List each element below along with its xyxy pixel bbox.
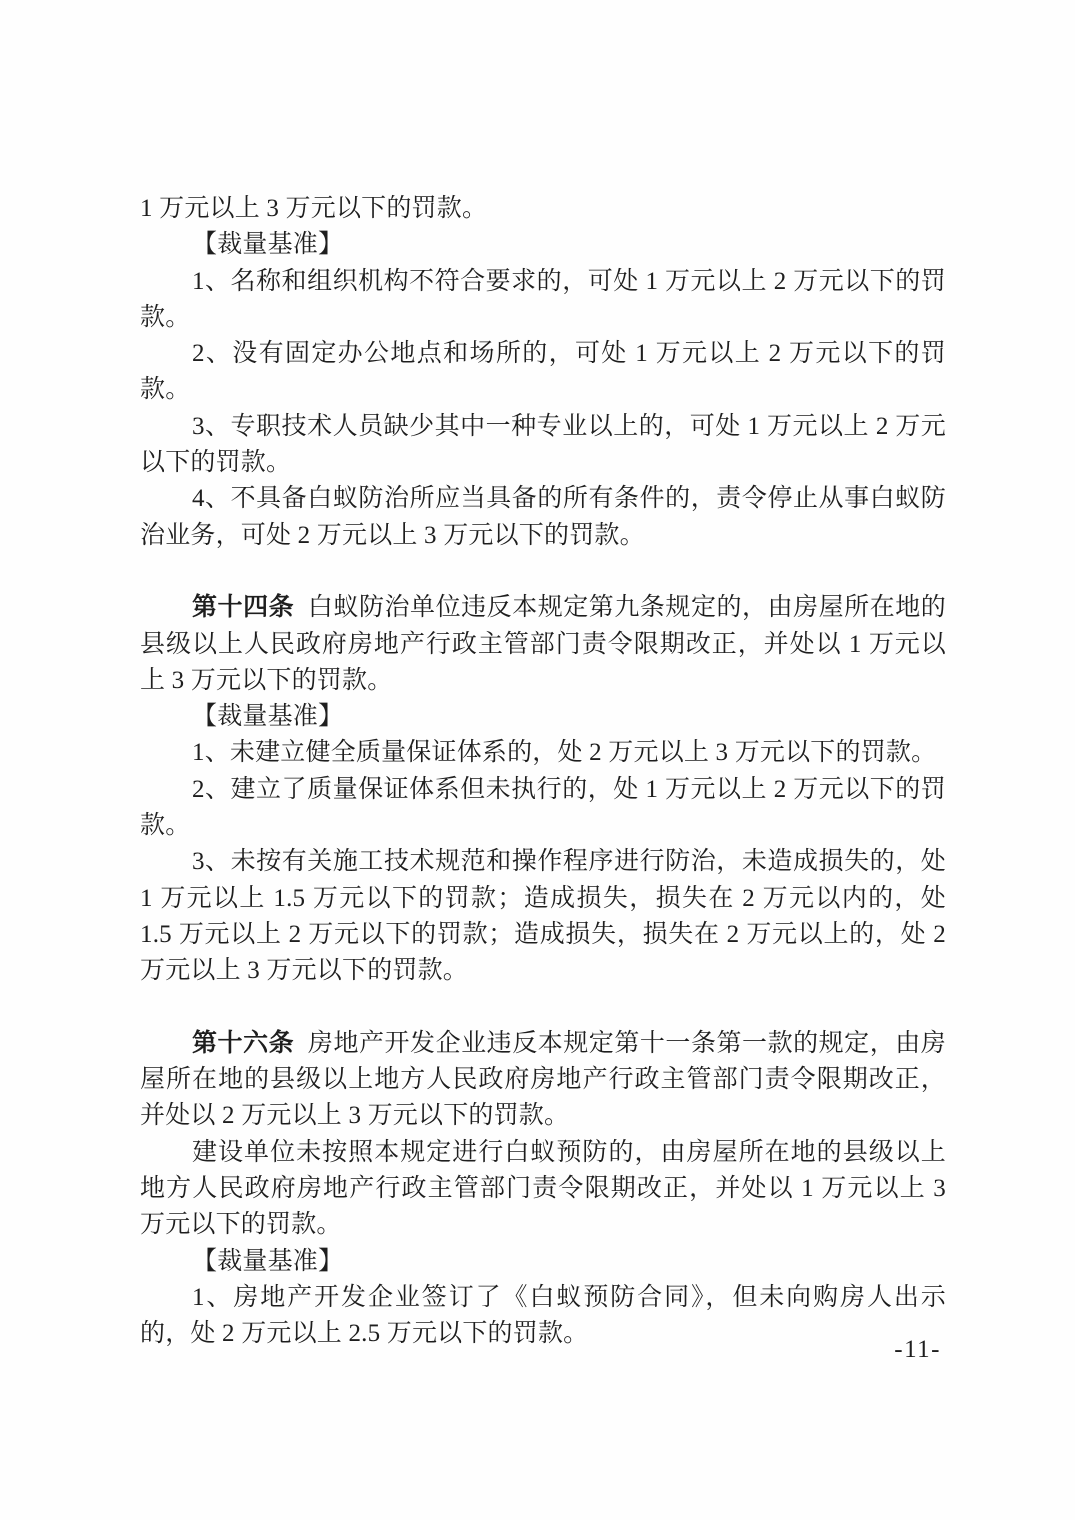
section-label: 【裁量基准】 (140, 699, 946, 735)
document-body: 1 万元以上 3 万元以下的罚款。【裁量基准】1、名称和组织机构不符合要求的，可… (140, 191, 946, 1353)
body-paragraph: 1 万元以上 3 万元以下的罚款。 (140, 191, 946, 227)
body-paragraph: 3、专职技术人员缺少其中一种专业以上的，可处 1 万元以上 2 万元以下的罚款。 (140, 409, 946, 482)
document-page: 1 万元以上 3 万元以下的罚款。【裁量基准】1、名称和组织机构不符合要求的，可… (0, 0, 1075, 1520)
article-number: 第十六条 (192, 1030, 294, 1057)
body-paragraph: 3、未按有关施工技术规范和操作程序进行防治，未造成损失的，处 1 万元以上 1.… (140, 844, 946, 989)
section-label: 【裁量基准】 (140, 227, 946, 263)
paragraph-spacer (140, 554, 946, 590)
body-paragraph: 1、未建立健全质量保证体系的，处 2 万元以上 3 万元以下的罚款。 (140, 735, 946, 771)
body-paragraph: 1、名称和组织机构不符合要求的，可处 1 万元以上 2 万元以下的罚款。 (140, 264, 946, 337)
body-paragraph: 1、房地产开发企业签订了《白蚁预防合同》，但未向购房人出示的，处 2 万元以上 … (140, 1280, 946, 1353)
article-paragraph: 第十四条白蚁防治单位违反本规定第九条规定的，由房屋所在地的县级以上人民政府房地产… (140, 590, 946, 699)
article-paragraph: 第十六条房地产开发企业违反本规定第十一条第一款的规定，由房屋所在地的县级以上地方… (140, 1026, 946, 1135)
body-paragraph: 4、不具备白蚁防治所应当具备的所有条件的，责令停止从事白蚁防治业务，可处 2 万… (140, 481, 946, 554)
body-paragraph: 建设单位未按照本规定进行白蚁预防的，由房屋所在地的县级以上地方人民政府房地产行政… (140, 1135, 946, 1244)
section-label: 【裁量基准】 (140, 1244, 946, 1280)
paragraph-spacer (140, 990, 946, 1026)
page-number: -11- (894, 1336, 941, 1364)
body-paragraph: 2、没有固定办公地点和场所的，可处 1 万元以上 2 万元以下的罚款。 (140, 336, 946, 409)
body-paragraph: 2、建立了质量保证体系但未执行的，处 1 万元以上 2 万元以下的罚款。 (140, 772, 946, 845)
article-number: 第十四条 (192, 594, 294, 621)
